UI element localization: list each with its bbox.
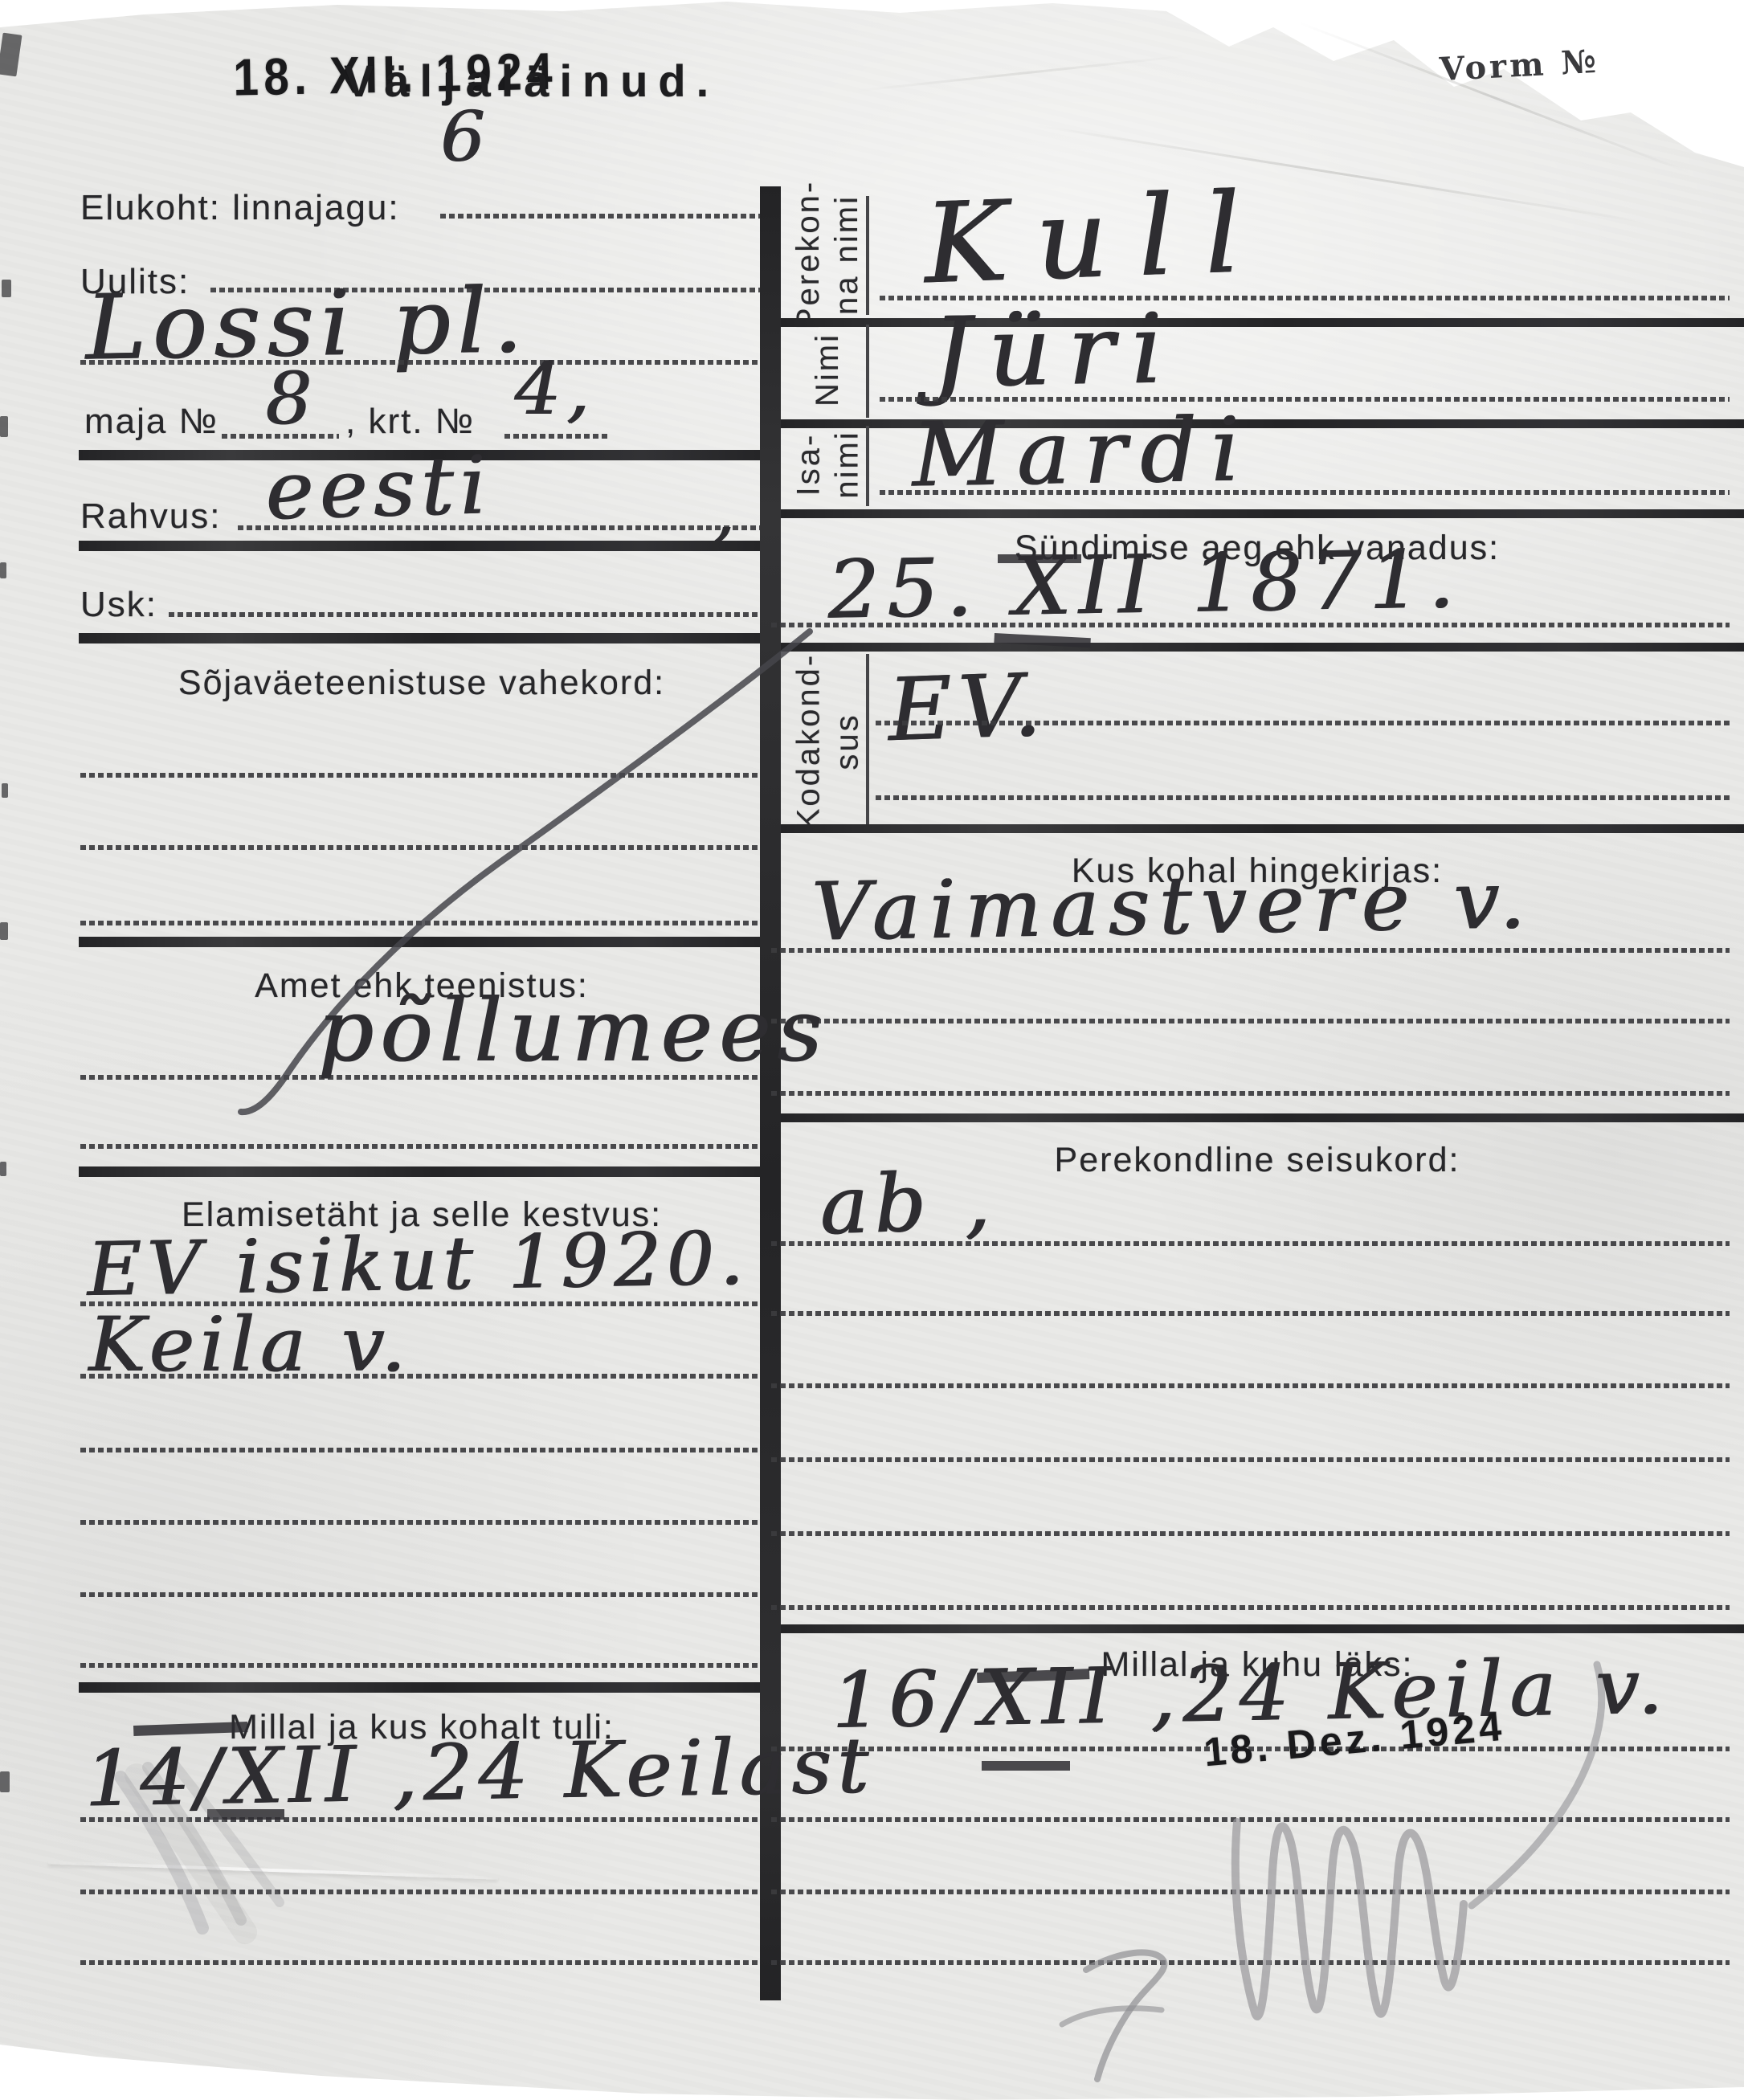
nationality-comma-handwriting: , — [713, 480, 739, 545]
label-column-rule — [866, 654, 869, 824]
scanned-registration-card: 18. XII. 1924 Väljaläinud. Vorm № 6 Eluk… — [0, 0, 1744, 2100]
field-label-krt-nr: , krt. № — [345, 402, 475, 442]
dotted-line — [771, 948, 1730, 953]
field-label-isanimi: Isa- nimi — [788, 407, 868, 523]
scan-artifact — [0, 922, 8, 940]
apartment-number-handwriting: 4, — [514, 353, 594, 426]
dotted-line — [771, 1311, 1730, 1316]
form-number-label: Vorm № — [1439, 43, 1600, 88]
scan-artifact — [0, 1771, 10, 1792]
section-rule — [781, 643, 1744, 652]
occupation-handwriting: põllumees — [317, 988, 828, 1075]
citizenship-handwriting: EV. — [886, 663, 1048, 755]
scan-artifact — [0, 416, 8, 437]
dotted-line — [876, 795, 1730, 800]
scan-artifact — [2, 280, 11, 297]
dotted-line — [80, 1890, 765, 1894]
section-rule — [781, 318, 1744, 327]
parish-register-handwriting: Vaimastvere v. — [811, 860, 1534, 953]
birthdate-handwriting: 25. XII 1871. — [827, 539, 1462, 631]
section-rule — [79, 1682, 766, 1693]
dotted-line — [771, 1605, 1730, 1610]
dotted-line — [80, 1448, 765, 1452]
section-rule — [781, 509, 1744, 518]
surname-handwriting: Kull — [922, 178, 1272, 300]
dotted-line — [876, 721, 1730, 725]
dotted-line — [771, 623, 1730, 627]
fathername-handwriting: Mardi — [911, 405, 1253, 499]
dotted-line — [80, 1520, 765, 1525]
dotted-line — [80, 1592, 765, 1597]
label-column-rule — [866, 426, 869, 506]
dotted-line — [504, 434, 607, 439]
dotted-line — [771, 1019, 1730, 1023]
dotted-line — [771, 1960, 1730, 1965]
dotted-line — [169, 612, 765, 617]
dotted-line — [440, 214, 765, 219]
label-column-rule — [866, 196, 869, 315]
residence-permit-handwriting-line2: Keila v. — [88, 1308, 410, 1383]
scan-artifact — [2, 783, 8, 798]
dotted-line — [80, 773, 765, 778]
family-status-handwriting: ab , — [818, 1160, 997, 1247]
dotted-line — [80, 1374, 765, 1379]
dotted-line — [80, 1144, 765, 1149]
dotted-line — [80, 360, 765, 365]
field-label-rahvus: Rahvus: — [80, 496, 221, 537]
field-label-kodakondsus: Kodakond- sus — [784, 643, 872, 840]
house-number-handwriting: 8 — [265, 363, 317, 435]
dotted-line — [771, 1890, 1730, 1894]
nationality-handwriting: eesti — [264, 445, 492, 531]
dotted-line — [880, 397, 1730, 402]
label-column-rule — [866, 325, 869, 418]
dotted-line — [771, 1457, 1730, 1462]
section-rule — [781, 824, 1744, 833]
field-label-usk: Usk: — [80, 585, 157, 625]
dotted-line — [80, 1960, 765, 1965]
section-rule — [79, 1166, 766, 1177]
section-rule — [781, 1624, 1744, 1633]
document-title: Väljaläinud. — [344, 55, 719, 107]
field-label-maja-nr: maja № — [84, 402, 219, 442]
dotted-line — [80, 1663, 765, 1668]
section-rule — [781, 1113, 1744, 1122]
arrival-handwriting: 14/XII ,24 Keilast — [84, 1726, 875, 1817]
dotted-line — [771, 1531, 1730, 1536]
dotted-line — [771, 1817, 1730, 1822]
dotted-line — [80, 921, 765, 925]
field-label-sojavaeteenistus: Sõjaväeteenistuse vahekord: — [80, 664, 763, 703]
firstname-handwriting: Jüri — [931, 301, 1180, 402]
dotted-line — [80, 845, 765, 850]
residence-permit-handwriting-line1: EV isikut 1920. — [86, 1222, 749, 1307]
dotted-line — [771, 1241, 1730, 1246]
section-rule — [79, 633, 766, 643]
dotted-line — [771, 1091, 1730, 1096]
section-rule — [79, 541, 766, 551]
district-number-handwriting: 6 — [440, 103, 490, 172]
scan-artifact — [0, 1162, 6, 1176]
dotted-line — [771, 1383, 1730, 1388]
dotted-line — [880, 490, 1730, 495]
section-rule — [79, 937, 766, 947]
scan-artifact — [0, 562, 6, 578]
field-label-elukoht: Elukoht: linnajagu: — [80, 188, 400, 228]
